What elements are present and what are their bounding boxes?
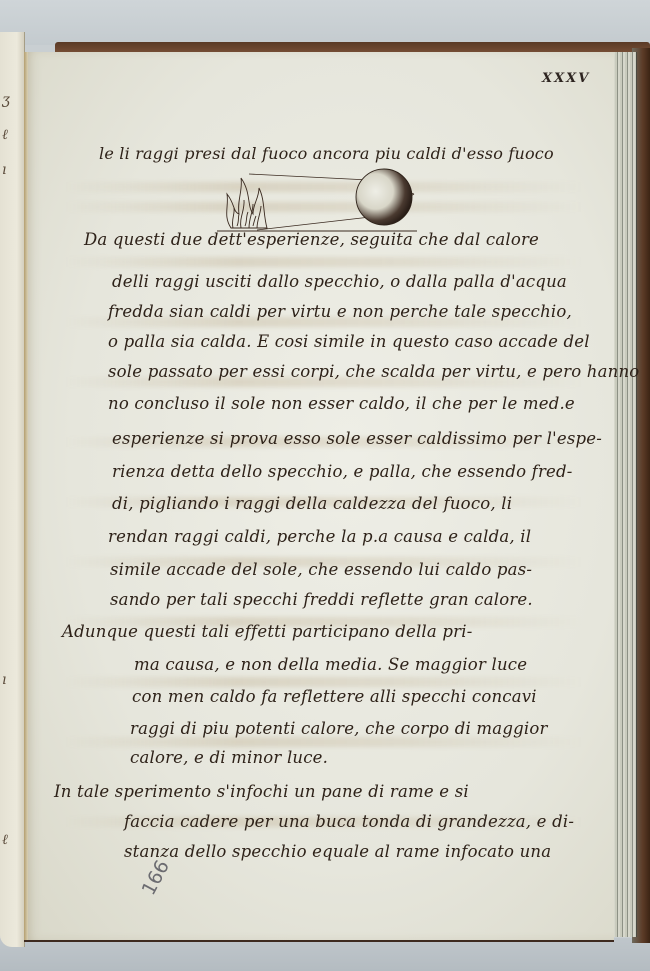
text-line: simile accade del sole, che essendo lui … xyxy=(110,560,532,579)
ink-bleed-through xyxy=(64,677,584,687)
page-edges xyxy=(610,52,637,937)
text-line-paragraph-start: Da questi due dett'esperienze, seguita c… xyxy=(84,230,539,249)
text-line: sando per tali specchi freddi reflette g… xyxy=(110,590,533,609)
text-line: sole passato per essi corpi, che scalda … xyxy=(108,362,639,381)
text-line: o palla sia calda. E cosi simile in ques… xyxy=(108,332,590,351)
text-line: di, pigliando i raggi della caldezza del… xyxy=(112,494,512,513)
text-line: calore, e di minor luce. xyxy=(130,748,328,767)
text-line: stanza dello specchio equale al rame inf… xyxy=(124,842,551,861)
text-line: rienza detta dello specchio, e palla, ch… xyxy=(112,462,573,481)
facing-page-marginalia: ı xyxy=(2,672,6,688)
text-line: faccia cadere per una buca tonda di gran… xyxy=(124,812,574,831)
ink-bleed-through xyxy=(64,257,584,267)
sphere-icon xyxy=(356,169,412,225)
scan-background-top xyxy=(0,0,650,45)
text-line: fredda sian caldi per virtu e non perche… xyxy=(108,302,572,321)
text-line: ma causa, e non della media. Se maggior … xyxy=(134,655,527,674)
facing-page-marginalia: ʒ xyxy=(2,92,10,108)
text-line-paragraph-start: Adunque questi tali effetti participano … xyxy=(62,622,472,641)
text-line-paragraph-start: In tale sperimento s'infochi un pane di … xyxy=(54,782,469,801)
fire-and-sphere-illustration xyxy=(209,164,419,234)
facing-page-marginalia: ı xyxy=(2,162,6,178)
facing-page-marginalia: ℓ xyxy=(2,127,8,144)
page-gutter xyxy=(24,52,28,940)
ink-bleed-through xyxy=(64,737,584,747)
flame-icon xyxy=(227,178,267,228)
text-line: rendan raggi caldi, perche la p.a causa … xyxy=(108,527,531,546)
folio-number-roman: XXXV xyxy=(542,71,590,86)
pencil-folio-number: 166 xyxy=(138,857,174,899)
facing-page-marginalia: ℓ xyxy=(2,832,8,849)
text-line: le li raggi presi dal fuoco ancora piu c… xyxy=(99,144,554,163)
manuscript-page: XXXV le li raggi presi dal fuoco ancora … xyxy=(24,52,614,942)
text-line: esperienze si prova esso sole esser cald… xyxy=(112,429,602,448)
text-line: delli raggi usciti dallo specchio, o dal… xyxy=(112,272,567,291)
scan-background-bottom xyxy=(0,938,650,971)
text-line: no concluso il sole non esser caldo, il … xyxy=(108,394,575,413)
text-line: con men caldo fa reflettere alli specchi… xyxy=(132,687,537,706)
text-line: raggi di piu potenti calore, che corpo d… xyxy=(130,719,548,738)
facing-page-edge: ʒ ℓ ı ı ℓ xyxy=(0,32,25,947)
